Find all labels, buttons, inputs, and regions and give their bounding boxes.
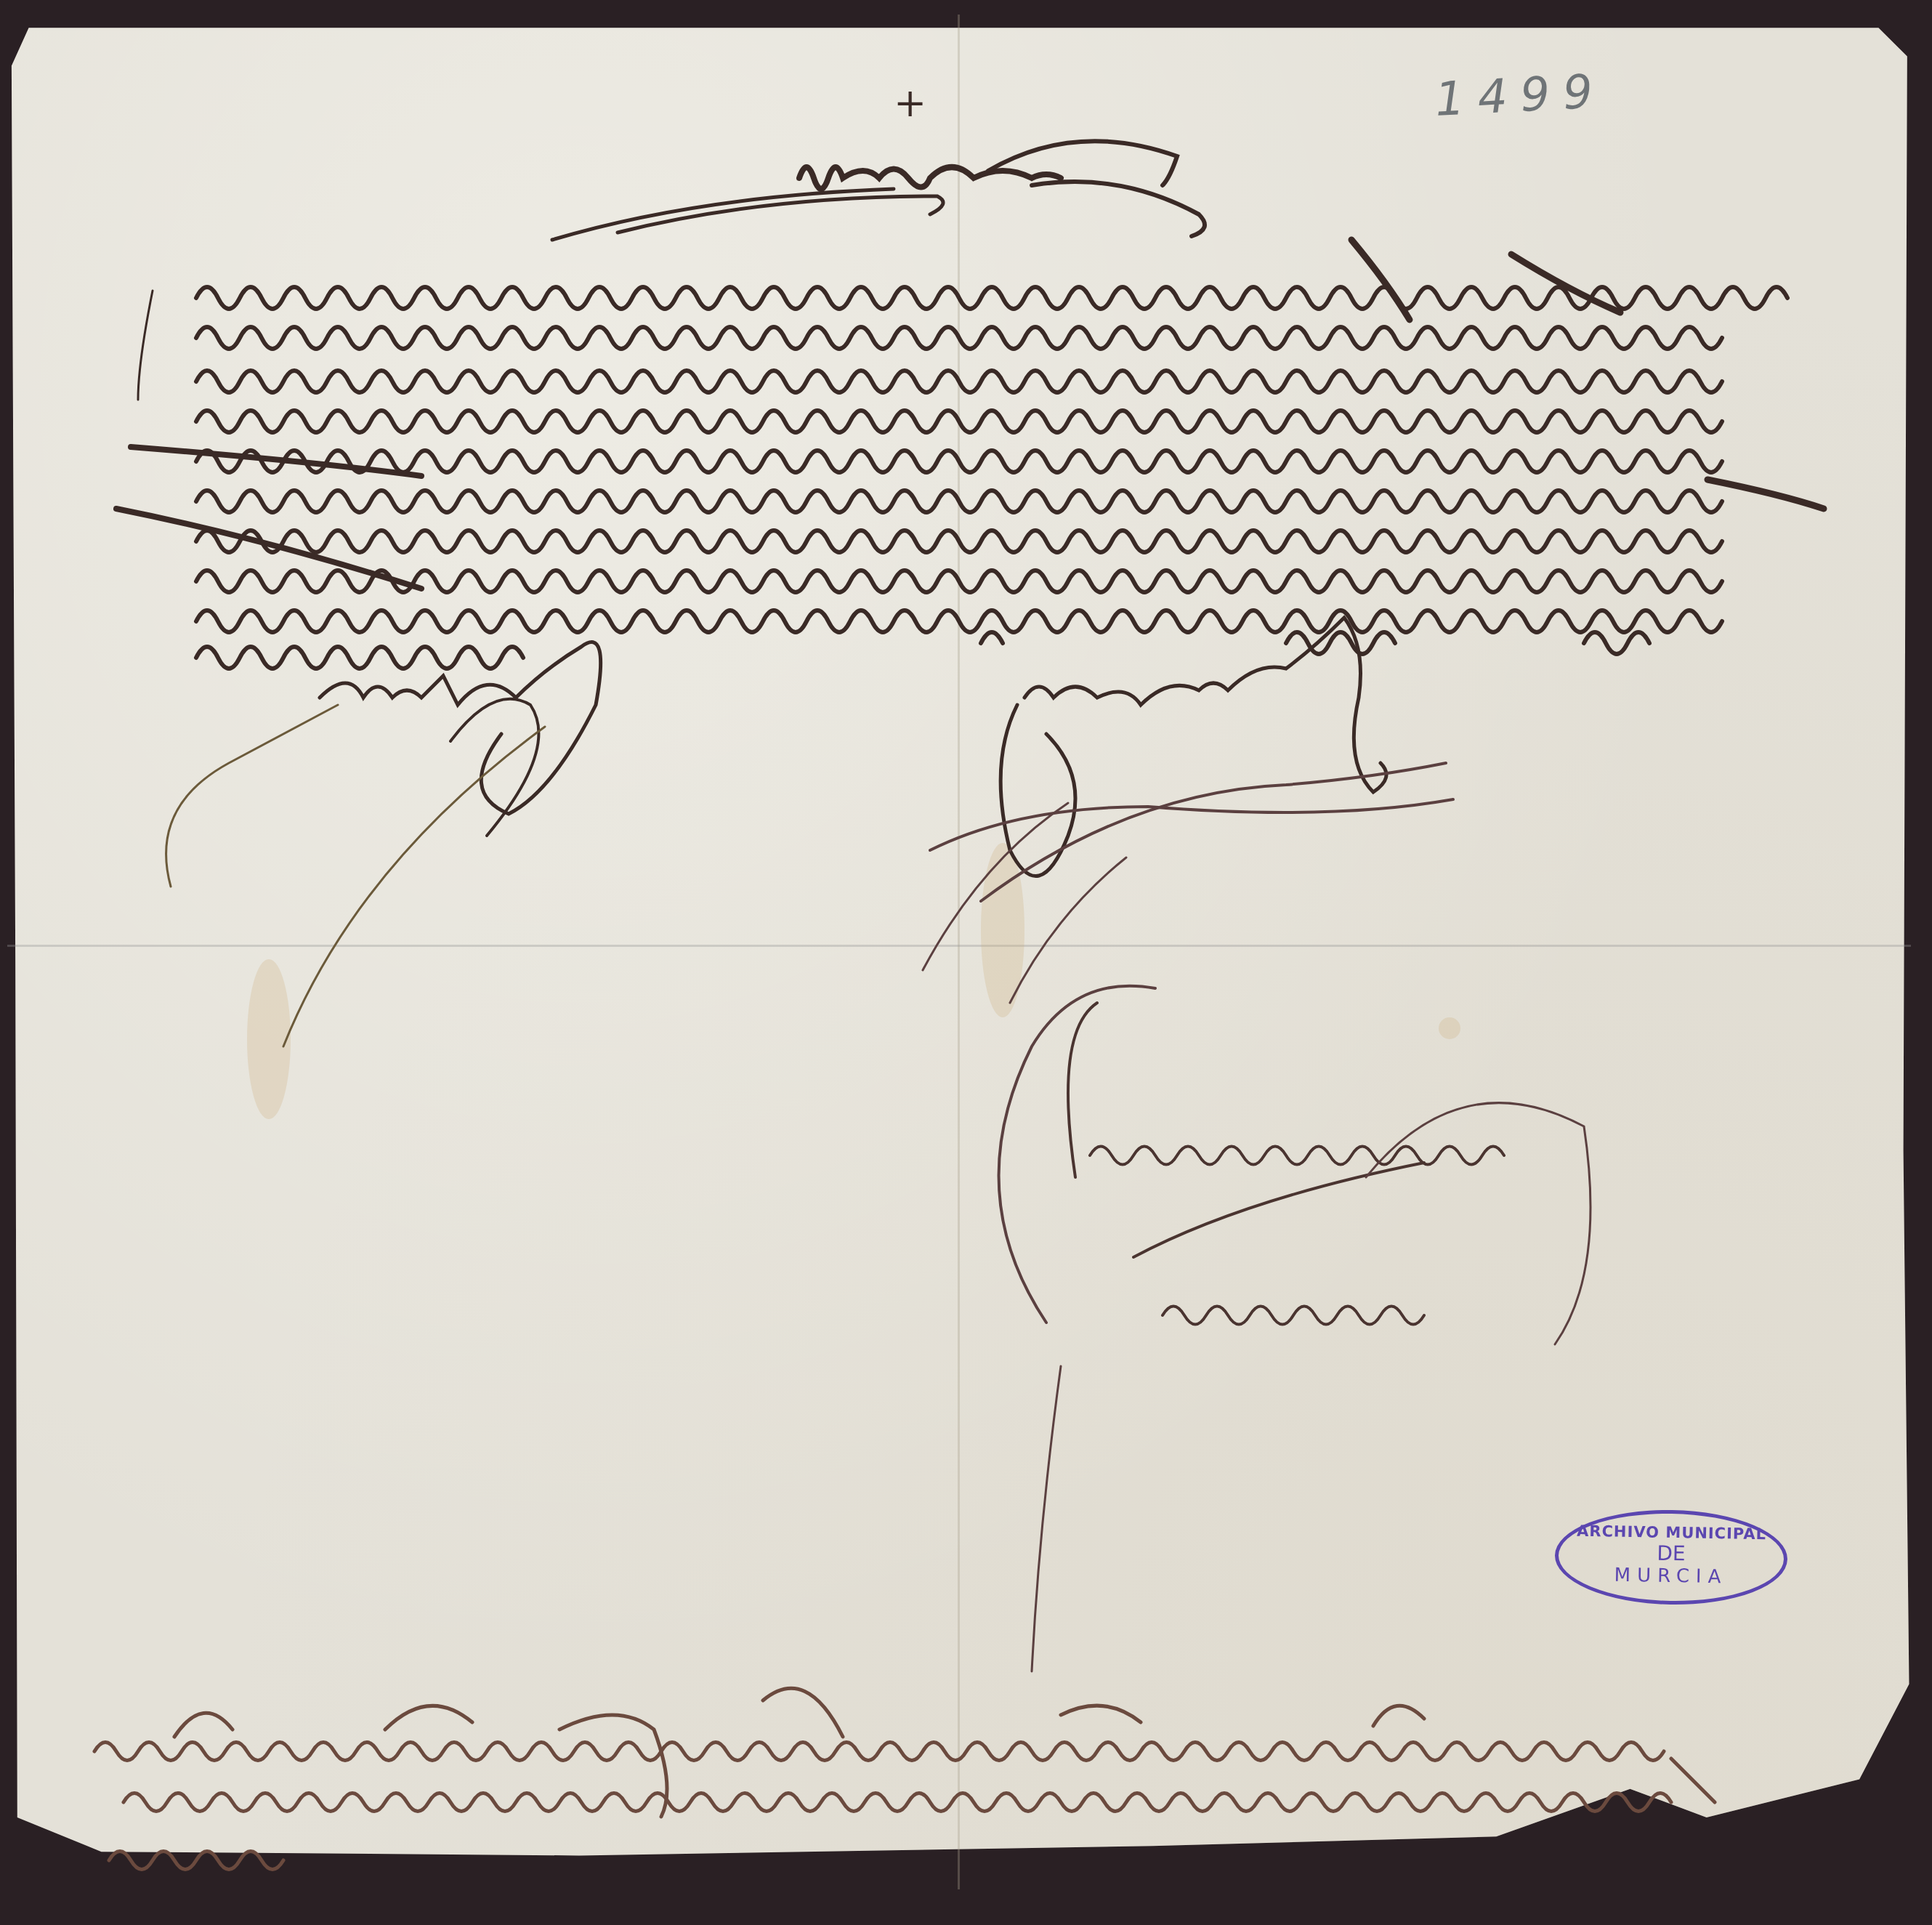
secretary-countersignature bbox=[999, 986, 1591, 1671]
body-script bbox=[116, 240, 1824, 669]
endorsement-script bbox=[94, 1688, 1715, 1869]
handwriting-ink-layer bbox=[0, 0, 1932, 1925]
stamp-line-de: DE bbox=[1559, 1539, 1785, 1567]
royal-signatures bbox=[166, 618, 1453, 1046]
stamp-line-murcia: MURCIA bbox=[1558, 1563, 1783, 1589]
heading-script bbox=[552, 141, 1205, 240]
